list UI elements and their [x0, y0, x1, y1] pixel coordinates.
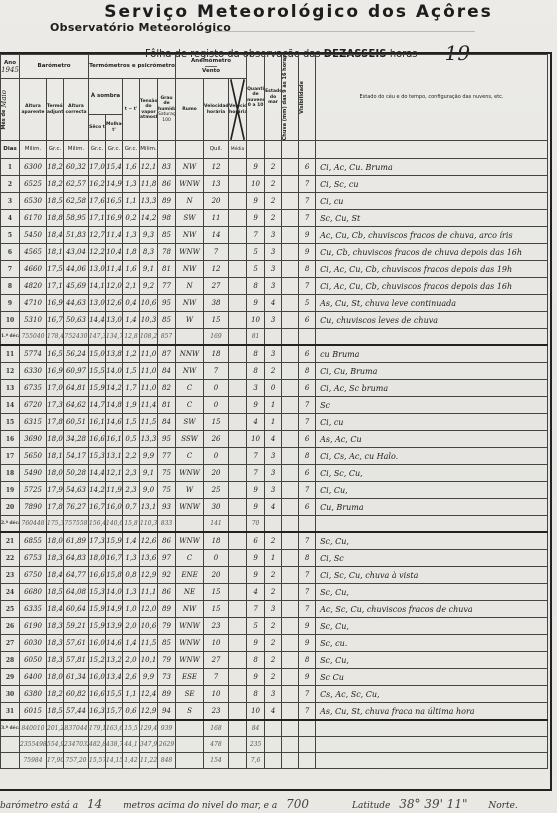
cell-hum: 939 — [158, 720, 176, 737]
decade-label — [1, 753, 20, 769]
cell-wet: 14,6 — [106, 635, 123, 652]
cell-dir — [176, 720, 204, 737]
cell-dir: NW — [176, 227, 204, 244]
cell-corr: 2347032 — [64, 737, 89, 753]
cell-rain — [282, 737, 299, 753]
table-row: 23675018,464,7716,615,80,812,992ENE20927… — [1, 567, 548, 584]
cell-visibility: 9 — [299, 669, 316, 686]
cell-dir: NW — [176, 295, 204, 312]
cell-vel: 0 — [204, 550, 229, 567]
cell-wet: 13,9 — [106, 618, 123, 635]
cell-tb: 18,0 — [47, 465, 64, 482]
cell-dir: WNW — [176, 244, 204, 261]
cell-cloud: 9 — [247, 635, 265, 652]
cell-struck-velocity — [229, 414, 247, 431]
cell-hum: 81 — [158, 397, 176, 414]
wind-velocity-header: Velocidade horária — [204, 79, 229, 141]
cell-vel: 25 — [204, 482, 229, 499]
cell-diff: 12,8 — [123, 329, 140, 346]
cell-wet: 14,6 — [106, 414, 123, 431]
visibility-header: Visibilidade — [299, 55, 316, 141]
cell-dry: 15,9 — [89, 380, 106, 397]
cell-struck-velocity — [229, 753, 247, 769]
cell-diff: 1,3 — [123, 227, 140, 244]
cell-corr: 64,62 — [64, 397, 89, 414]
cell-cloud: 4 — [247, 584, 265, 601]
cell-corr: 54,63 — [64, 482, 89, 499]
cell-wet: 11,4 — [106, 261, 123, 278]
table-row: 8482017,145,6914,112,02,19,277N27837Ci, … — [1, 278, 548, 295]
cell-visibility: 7 — [299, 584, 316, 601]
cell-tb: 18,0 — [47, 431, 64, 448]
cell-corr: 62,58 — [64, 193, 89, 210]
cell-sky-state: Sc, cu. — [316, 635, 548, 652]
baro-distance-value: 700 — [286, 797, 309, 811]
table-row: 31601518,557,4416,315,70,612,994S231047A… — [1, 703, 548, 721]
cell-app: 6680 — [20, 584, 47, 601]
cell-dry: 15,2 — [89, 652, 106, 669]
cell-vap: 10,6 — [140, 618, 158, 635]
cell-sky-state: Ci, cu — [316, 193, 548, 210]
cell-struck-velocity — [229, 550, 247, 567]
cell-sky-state: Ci, Ac, Sc bruma — [316, 380, 548, 397]
wind-direction-header: Rumo — [176, 79, 204, 141]
day-number: 3 — [1, 193, 20, 210]
cell-hum: 84 — [158, 363, 176, 380]
cell-wet: 14,9 — [106, 601, 123, 618]
cell-dry: 13,0 — [89, 295, 106, 312]
cell-struck-velocity — [229, 567, 247, 584]
cell-visibility: 7 — [299, 686, 316, 703]
cell-vel: 15 — [204, 601, 229, 618]
anemometer-header: AnemómetroVento — [176, 55, 247, 79]
cell-app: 6380 — [20, 686, 47, 703]
cell-rain — [282, 380, 299, 397]
cell-dir: ENE — [176, 567, 204, 584]
cell-struck-velocity — [229, 448, 247, 465]
cell-hum: 89 — [158, 686, 176, 703]
decade-label: 3.ª década — [1, 720, 20, 737]
cell-tb: 16,5 — [47, 345, 64, 363]
cell-hum: 97 — [158, 550, 176, 567]
cell-dry: 14,4 — [89, 465, 106, 482]
summary-row: 3.ª década840010201,2837044179,1163,615,… — [1, 720, 548, 737]
cell-cloud: 8 — [247, 686, 265, 703]
cell-sky-state: cu Bruma — [316, 345, 548, 363]
cell-cloud: 10 — [247, 703, 265, 721]
cell-tb: 18,4 — [47, 601, 64, 618]
observation-rows: 1630018,260,3217,015,41,612,183NW12926Ci… — [1, 159, 548, 769]
cell-sea: 1 — [265, 397, 282, 414]
cell-corr: 50,28 — [64, 465, 89, 482]
cell-corr: 64,81 — [64, 380, 89, 397]
cell-dir: SW — [176, 414, 204, 431]
cell-vap: 12,9 — [140, 567, 158, 584]
cell-vel: 15 — [204, 414, 229, 431]
cell-sea: 3 — [265, 482, 282, 499]
table-row: 28605018,357,8115,213,22,010,179WNW27828… — [1, 652, 548, 669]
cell-dry: 14,2 — [89, 482, 106, 499]
cell-diff: 0,5 — [123, 431, 140, 448]
table-row: 12633016,960,9715,514,01,511,084NW7828Ci… — [1, 363, 548, 380]
cell-struck-velocity — [229, 193, 247, 210]
cell-rain — [282, 550, 299, 567]
cell-corr: 60,97 — [64, 363, 89, 380]
cell-wet: 11,9 — [106, 482, 123, 499]
cell-visibility: 9 — [299, 227, 316, 244]
decade-label: 1.ª década — [1, 329, 20, 346]
cell-tb: 17,8 — [47, 414, 64, 431]
cell-tb: 18,3 — [47, 618, 64, 635]
thermometers-header: Termómetros e psicrómetro — [89, 55, 176, 79]
cell-vap: 11,22 — [140, 753, 158, 769]
latitude-value: 38° 39' 11" — [399, 797, 467, 811]
cell-rain — [282, 295, 299, 312]
cell-struck-velocity — [229, 618, 247, 635]
cell-wet: 13,8 — [106, 345, 123, 363]
cell-vel: 20 — [204, 465, 229, 482]
cell-dry: 15,0 — [89, 345, 106, 363]
cell-sky-state: Sc, Cu, — [316, 584, 548, 601]
cell-sea — [265, 720, 282, 737]
cell-tb: 16,9 — [47, 295, 64, 312]
cell-vap: 9,2 — [140, 278, 158, 295]
cell-corr: 60,64 — [64, 601, 89, 618]
cell-app: 4565 — [20, 244, 47, 261]
cell-vel: 168 — [204, 720, 229, 737]
cell-diff: 1,6 — [123, 159, 140, 176]
decade-label: 2.ª década — [1, 516, 20, 533]
cell-corr: 752430 — [64, 329, 89, 346]
cell-hum: 93 — [158, 499, 176, 516]
cell-corr: 59,21 — [64, 618, 89, 635]
cell-wet: 12,0 — [106, 278, 123, 295]
cell-struck-velocity — [229, 601, 247, 618]
cell-hum: 85 — [158, 227, 176, 244]
cell-wet: 14,9 — [106, 176, 123, 193]
cell-corr: 837044 — [64, 720, 89, 737]
table-row: 3653018,562,5817,616,51,113,389N20927Ci,… — [1, 193, 548, 210]
cell-sea — [265, 737, 282, 753]
cell-visibility: 7 — [299, 601, 316, 618]
cell-sea: 2 — [265, 635, 282, 652]
cell-diff: 2,6 — [123, 669, 140, 686]
cell-tb: 18,4 — [47, 227, 64, 244]
day-number: 14 — [1, 397, 20, 414]
cell-rain — [282, 532, 299, 550]
day-number: 19 — [1, 482, 20, 499]
table-row: 26619018,359,2115,913,92,010,679WNW23529… — [1, 618, 548, 635]
footer-baro-text-1: barómetro está a — [0, 801, 78, 811]
cell-sea: 4 — [265, 431, 282, 448]
day-number: 15 — [1, 414, 20, 431]
sea-state-header: Estado do mar — [265, 55, 282, 141]
day-number: 18 — [1, 465, 20, 482]
cell-rain — [282, 618, 299, 635]
cell-wet: 16,9 — [106, 210, 123, 227]
cell-dir: NE — [176, 584, 204, 601]
cell-rain — [282, 261, 299, 278]
cell-sky-state: Ci, Sc — [316, 550, 548, 567]
cell-diff: 0,7 — [123, 499, 140, 516]
cell-cloud: 8 — [247, 652, 265, 669]
cell-vel: 15 — [204, 584, 229, 601]
cell-wet: 15,9 — [106, 532, 123, 550]
day-number: 16 — [1, 431, 20, 448]
table-row: 22675318,364,8318,016,71,313,697C0918Ci,… — [1, 550, 548, 567]
struck-cross-icon — [229, 79, 246, 140]
table-row: 6456518,143,0412,210,41,88,378WNW7539Cu,… — [1, 244, 548, 261]
cell-diff: 1,3 — [123, 584, 140, 601]
cell-diff: 0,4 — [123, 295, 140, 312]
cell-diff: 1,8 — [123, 244, 140, 261]
cell-rain — [282, 601, 299, 618]
observation-table-frame: Ano1945 Barómetro Termómetros e psicróme… — [0, 52, 552, 791]
day-number: 24 — [1, 584, 20, 601]
cell-dry: 16,1 — [89, 414, 106, 431]
cell-cloud: 8 — [247, 345, 265, 363]
cell-diff: 1,0 — [123, 601, 140, 618]
cell-rain — [282, 397, 299, 414]
cell-app: 5774 — [20, 345, 47, 363]
cell-vap: 12,0 — [140, 601, 158, 618]
cell-tb: 18,0 — [47, 532, 64, 550]
cell-diff: 1,3 — [123, 176, 140, 193]
wind-velocity-struck-header: Velocidade horária — [229, 79, 247, 141]
cell-corr: 43,04 — [64, 244, 89, 261]
unit-vapour: Milim. — [140, 141, 158, 159]
cell-sea: 2 — [265, 618, 282, 635]
cell-hum: 82 — [158, 380, 176, 397]
cell-sky-state: Ci, Sc, Cu, — [316, 465, 548, 482]
cell-sky-state: Sc Cu — [316, 669, 548, 686]
day-number: 8 — [1, 278, 20, 295]
cell-sky-state — [316, 516, 548, 533]
cell-tb: 17,90 — [47, 753, 64, 769]
cell-app: 6190 — [20, 618, 47, 635]
cell-visibility: 6 — [299, 465, 316, 482]
cell-vel: 14 — [204, 227, 229, 244]
cell-diff: 2,2 — [123, 448, 140, 465]
cell-app: 6030 — [20, 635, 47, 652]
cell-rain — [282, 482, 299, 499]
footer-baro-text-2: metros acima do nivel do mar, e a — [123, 801, 277, 811]
cell-tb: 201,2 — [47, 720, 64, 737]
cell-struck-velocity — [229, 176, 247, 193]
cell-app: 5725 — [20, 482, 47, 499]
cell-cloud: 9 — [247, 159, 265, 176]
cell-corr: 64,08 — [64, 584, 89, 601]
cell-dry: 15,3 — [89, 448, 106, 465]
cell-hum: 84 — [158, 414, 176, 431]
cell-dir: WNW — [176, 499, 204, 516]
cell-app: 2355498 — [20, 737, 47, 753]
day-number: 5 — [1, 227, 20, 244]
cell-tb: 18,5 — [47, 703, 64, 721]
cell-vap: 10,6 — [140, 295, 158, 312]
cell-dir: C — [176, 380, 204, 397]
table-row: 20789017,876,2716,716,00,713,193WNW30946… — [1, 499, 548, 516]
cell-rain — [282, 244, 299, 261]
cell-diff: 2,3 — [123, 482, 140, 499]
cell-cloud: 9 — [247, 210, 265, 227]
unit-diff: Gr.c. — [123, 141, 140, 159]
cell-visibility: 7 — [299, 210, 316, 227]
cell-sea — [265, 329, 282, 346]
cell-diff: 15,8 — [123, 516, 140, 533]
table-row: 18549018,050,2814,412,12,39,175WNW20736C… — [1, 465, 548, 482]
dry-header: Sêco t — [89, 115, 106, 141]
cell-hum: 95 — [158, 295, 176, 312]
table-row: 11577416,556,2415,013,81,211,087NNW18836… — [1, 345, 548, 363]
cell-sea: 1 — [265, 414, 282, 431]
cell-app: 6050 — [20, 652, 47, 669]
cell-corr: 54,17 — [64, 448, 89, 465]
cell-struck-velocity — [229, 363, 247, 380]
cell-vap: 8,3 — [140, 244, 158, 261]
cell-app: 6753 — [20, 550, 47, 567]
cell-dir: C — [176, 448, 204, 465]
cell-sea: 1 — [265, 550, 282, 567]
cell-cloud: 4 — [247, 414, 265, 431]
barometer-header: Barómetro — [20, 55, 89, 79]
cell-sky-state: Sc, Cu, — [316, 532, 548, 550]
cell-sky-state — [316, 737, 548, 753]
cell-struck-velocity — [229, 227, 247, 244]
cell-diff: 2,1 — [123, 278, 140, 295]
cell-struck-velocity — [229, 210, 247, 227]
cloud-amount-header: Quantidade de nuvens 0 a 10 — [247, 55, 265, 141]
cell-dry: 16,2 — [89, 176, 106, 193]
cell-vel: 0 — [204, 380, 229, 397]
cell-rain — [282, 159, 299, 176]
cell-cloud: 70 — [247, 516, 265, 533]
cell-sea: 2 — [265, 193, 282, 210]
cell-dry: 12,7 — [89, 227, 106, 244]
cell-vel: 26 — [204, 431, 229, 448]
cell-dry: 16,0 — [89, 635, 106, 652]
cell-sky-state: Ci, Ac, Cu, Cb, chuviscos fracos depois … — [316, 278, 548, 295]
table-row: 21685518,061,8917,315,91,412,686WNW18627… — [1, 532, 548, 550]
cell-sky-state: Ci, Sc, Cu, chuva à vista — [316, 567, 548, 584]
cell-sky-state: As, Cu, St, chuva leve continuada — [316, 295, 548, 312]
cell-diff: 1,3 — [123, 550, 140, 567]
cell-vel: 7 — [204, 669, 229, 686]
cell-struck-velocity — [229, 737, 247, 753]
cell-sea: 3 — [265, 465, 282, 482]
day-number: 29 — [1, 669, 20, 686]
cell-dir: SE — [176, 686, 204, 703]
cell-vap: 11,5 — [140, 414, 158, 431]
table-row: 9471016,944,6313,012,60,410,695NW38945As… — [1, 295, 548, 312]
cell-rain — [282, 652, 299, 669]
cell-vap: 12,6 — [140, 532, 158, 550]
cell-sea: 4 — [265, 703, 282, 721]
cell-tb: 17,3 — [47, 397, 64, 414]
cell-diff: 1,5 — [123, 414, 140, 431]
cell-diff: 1,1 — [123, 686, 140, 703]
cell-app: 6735 — [20, 380, 47, 397]
cell-app: 760448 — [20, 516, 47, 533]
cell-sea: 2 — [265, 584, 282, 601]
cell-vel: 18 — [204, 532, 229, 550]
cell-struck-velocity — [229, 652, 247, 669]
cell-cloud: 7 — [247, 448, 265, 465]
cell-vel: 7 — [204, 363, 229, 380]
cell-rain — [282, 329, 299, 346]
cell-vap: 11,5 — [140, 635, 158, 652]
cell-vel: 10 — [204, 635, 229, 652]
day-number: 22 — [1, 550, 20, 567]
cell-app: 6855 — [20, 532, 47, 550]
unit-visibility — [299, 141, 316, 159]
cell-hum: 78 — [158, 244, 176, 261]
cell-corr: 62,57 — [64, 176, 89, 193]
cell-diff: 1,4 — [123, 532, 140, 550]
cell-app: 4710 — [20, 295, 47, 312]
cell-dry: 16,6 — [89, 567, 106, 584]
cell-vap: 13,3 — [140, 193, 158, 210]
cell-corr: 60,32 — [64, 159, 89, 176]
cell-vap: 12,9 — [140, 703, 158, 721]
cell-cloud: 9 — [247, 482, 265, 499]
summary-row: 1.ª década755040178,4752430147,3134,712,… — [1, 329, 548, 346]
cell-corr: 757558 — [64, 516, 89, 533]
cell-struck-velocity — [229, 345, 247, 363]
days-header: Dias — [1, 141, 20, 159]
cell-vap: 14,2 — [140, 210, 158, 227]
table-row: 17565018,154,1715,313,12,29,977C0738Ci, … — [1, 448, 548, 465]
table-row: 14672017,364,6214,714,81,911,481C0917Sc — [1, 397, 548, 414]
cell-wet: 15,7 — [106, 703, 123, 721]
latitude-direction: Norte. — [488, 801, 517, 811]
cell-struck-velocity — [229, 431, 247, 448]
cell-visibility: 6 — [299, 499, 316, 516]
table-row: 24668018,564,0815,314,01,311,186NE15427S… — [1, 584, 548, 601]
day-number: 12 — [1, 363, 20, 380]
cell-struck-velocity — [229, 278, 247, 295]
cell-tb: 18,2 — [47, 159, 64, 176]
cell-visibility: 7 — [299, 176, 316, 193]
cell-wet: 14,2 — [106, 380, 123, 397]
day-number: 17 — [1, 448, 20, 465]
cell-cloud: 10 — [247, 176, 265, 193]
cell-tb: 18,5 — [47, 584, 64, 601]
cell-corr: 51,83 — [64, 227, 89, 244]
cell-struck-velocity — [229, 703, 247, 721]
cell-cloud: 9 — [247, 669, 265, 686]
cell-visibility: 6 — [299, 431, 316, 448]
cell-rain — [282, 635, 299, 652]
cell-tb: 16,7 — [47, 312, 64, 329]
cell-vel: 13 — [204, 176, 229, 193]
cell-dry: 17,1 — [89, 210, 106, 227]
cell-tb: 17,0 — [47, 380, 64, 397]
cell-sea: 3 — [265, 261, 282, 278]
day-number: 30 — [1, 686, 20, 703]
cell-vel: 23 — [204, 703, 229, 721]
cell-app: 5650 — [20, 448, 47, 465]
cell-rain — [282, 278, 299, 295]
cell-vap: 9,1 — [140, 261, 158, 278]
cell-corr: 64,83 — [64, 550, 89, 567]
cell-hum: 94 — [158, 703, 176, 721]
cell-tb: 554,9 — [47, 737, 64, 753]
cell-struck-velocity — [229, 686, 247, 703]
unit-mean: Média — [229, 141, 247, 159]
table-row: 7466017,544,0613,011,41,69,181NW12538Ci,… — [1, 261, 548, 278]
unit-humidity — [158, 141, 176, 159]
